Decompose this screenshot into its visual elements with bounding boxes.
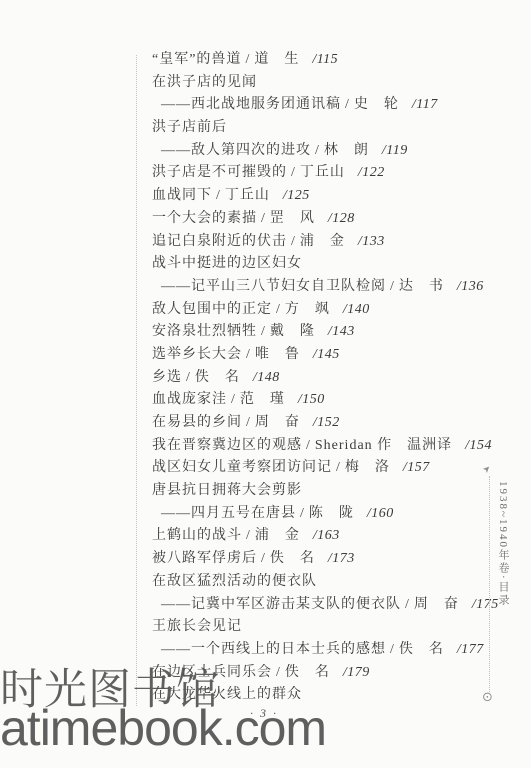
toc-entry: 战区妇女儿童考察团访问记/梅 洛/157 (152, 457, 512, 480)
entry-separator: / (276, 662, 281, 685)
entry-author: 梅 洛 (345, 457, 390, 480)
entry-author: 佚 名 (195, 367, 240, 390)
entry-page: /125 (283, 185, 310, 208)
entry-separator: / (261, 321, 266, 344)
entry-author: 史 轮 (354, 94, 399, 117)
entry-title: 洪子店前后 (152, 117, 227, 140)
entry-page: /143 (328, 321, 355, 344)
toc-entry: 血战同下/丁丘山/125 (152, 185, 512, 208)
toc-entry: 上鹤山的战斗/浦 金/163 (152, 525, 512, 548)
entry-title: 在敌区猛烈活动的便衣队 (152, 571, 317, 594)
entry-author: 丁丘山 (225, 185, 270, 208)
entry-separator: / (245, 49, 250, 72)
entry-author: 范 瑾 (240, 389, 285, 412)
entry-title: ——记冀中军区游击某支队的便衣队 (161, 594, 401, 617)
entry-title: 乡选 (152, 367, 182, 390)
volume-tab-label: 1938~1940年卷·目录 (495, 481, 511, 651)
entry-author: 林 朗 (324, 140, 369, 163)
entry-title: 一个大会的素描 (152, 208, 257, 231)
entry-page: /140 (343, 299, 370, 322)
entry-separator: / (261, 208, 266, 231)
entry-title: ——记平山三八节妇女自卫队检阅 (161, 276, 386, 299)
toc-entry: ——记冀中军区游击某支队的便衣队/周 奋/175 (152, 594, 512, 617)
entry-page: /160 (367, 503, 394, 526)
entry-author: 佚 名 (270, 548, 315, 571)
entry-separator: / (390, 639, 395, 662)
circled-dot-icon: ⊙ (482, 691, 496, 705)
toc-entry: 安洛泉壮烈牺牲/戴 隆/143 (152, 321, 512, 344)
entry-separator: / (291, 162, 296, 185)
entry-title: 洪子店是不可摧毁的 (152, 162, 287, 185)
entry-author: 道 生 (254, 49, 299, 72)
toc-entry: 王旅长会见记 (152, 616, 512, 639)
entry-separator: / (186, 367, 191, 390)
entry-title: 上鹤山的战斗 (152, 525, 242, 548)
left-dotted-rule (136, 55, 137, 706)
entry-author: Sheridan 作 温洲译 (315, 435, 452, 458)
entry-title: ——西北战地服务团通讯稿 (161, 94, 341, 117)
entry-title: 王旅长会见记 (152, 616, 242, 639)
entry-author: 唯 鲁 (255, 344, 300, 367)
toc-entry: 血战庞家洼/范 瑾/150 (152, 389, 512, 412)
entry-separator: / (315, 140, 320, 163)
entry-page: /173 (328, 548, 355, 571)
entry-page: /117 (412, 94, 438, 117)
entry-author: 佚 名 (399, 639, 444, 662)
entry-page: /179 (343, 662, 370, 685)
entry-title: 在洪子店的见闻 (152, 72, 257, 95)
entry-separator: / (231, 389, 236, 412)
entry-title: 追记白泉附近的伏击 (152, 231, 287, 254)
entry-title: 敌人包围中的正定 (152, 299, 272, 322)
entry-page: /122 (358, 162, 385, 185)
toc-entry: 在敌区猛烈活动的便衣队 (152, 571, 512, 594)
entry-separator: / (336, 457, 341, 480)
toc-entry: 乡选/佚 名/148 (152, 367, 512, 390)
entry-page: /136 (457, 276, 484, 299)
entry-page: /119 (382, 140, 408, 163)
entry-author: 周 奋 (414, 594, 459, 617)
entry-page: /152 (313, 412, 340, 435)
toc-entry: 追记白泉附近的伏击/浦 金/133 (152, 231, 512, 254)
toc-entry: 敌人包围中的正定/方 飒/140 (152, 299, 512, 322)
toc-entry: ——敌人第四次的进攻/林 朗/119 (152, 140, 512, 163)
toc-entry: “皇军”的兽道/道 生/115 (152, 49, 512, 72)
entry-page: /128 (328, 208, 355, 231)
entry-page: /177 (457, 639, 484, 662)
entry-separator: / (276, 299, 281, 322)
side-dotted-rule (489, 476, 490, 692)
entry-author: 陈 陇 (309, 503, 354, 526)
entry-author: 罡 风 (270, 208, 315, 231)
entry-separator: / (345, 94, 350, 117)
entry-author: 戴 隆 (270, 321, 315, 344)
entry-author: 周 奋 (255, 412, 300, 435)
entry-title: 血战庞家洼 (152, 389, 227, 412)
watermark-site-url: atimebook.com (0, 699, 326, 757)
toc-entry: 在易县的乡间/周 奋/152 (152, 412, 512, 435)
entry-author: 丁丘山 (300, 162, 345, 185)
toc-entry: 洪子店是不可摧毁的/丁丘山/122 (152, 162, 512, 185)
toc-entry: 被八路军俘虏后/佚 名/173 (152, 548, 512, 571)
entry-title: 血战同下 (152, 185, 212, 208)
entry-title: 战斗中挺进的边区妇女 (152, 253, 302, 276)
entry-title: “皇军”的兽道 (152, 49, 241, 72)
entry-title: 被八路军俘虏后 (152, 548, 257, 571)
toc-entry: 战斗中挺进的边区妇女 (152, 253, 512, 276)
entry-page: /115 (312, 49, 338, 72)
entry-separator: / (246, 412, 251, 435)
entry-separator: / (261, 548, 266, 571)
entry-title: ——四月五号在唐县 (161, 503, 296, 526)
toc-entry: 一个大会的素描/罡 风/128 (152, 208, 512, 231)
entry-page: /163 (313, 525, 340, 548)
book-page: “皇军”的兽道/道 生/115在洪子店的见闻——西北战地服务团通讯稿/史 轮/1… (0, 0, 531, 768)
entry-separator: / (291, 231, 296, 254)
entry-title: ——敌人第四次的进攻 (161, 140, 311, 163)
entry-separator: / (246, 525, 251, 548)
entry-author: 浦 金 (255, 525, 300, 548)
entry-title: 唐县抗日拥蒋大会剪影 (152, 480, 302, 503)
toc-entry: 我在晋察冀边区的观感/Sheridan 作 温洲译/154 (152, 435, 512, 458)
entry-page: /148 (253, 367, 280, 390)
entry-separator: / (216, 185, 221, 208)
entry-page: /157 (403, 457, 430, 480)
entry-title: 战区妇女儿童考察团访问记 (152, 457, 332, 480)
entry-title: 在易县的乡间 (152, 412, 242, 435)
toc-entry: ——西北战地服务团通讯稿/史 轮/117 (152, 94, 512, 117)
entry-author: 达 书 (399, 276, 444, 299)
toc-entry: 洪子店前后 (152, 117, 512, 140)
entry-page: /154 (465, 435, 492, 458)
entry-separator: / (390, 276, 395, 299)
toc-entry: 唐县抗日拥蒋大会剪影 (152, 480, 512, 503)
entry-separator: / (405, 594, 410, 617)
entry-author: 浦 金 (300, 231, 345, 254)
entry-separator: / (306, 435, 311, 458)
entry-title: 选举乡长大会 (152, 344, 242, 367)
entry-separator: / (300, 503, 305, 526)
entry-page: /133 (358, 231, 385, 254)
toc-entry: 在洪子店的见闻 (152, 72, 512, 95)
entry-author: 佚 名 (285, 662, 330, 685)
toc-entry: ——记平山三八节妇女自卫队检阅/达 书/136 (152, 276, 512, 299)
entry-title: 安洛泉壮烈牺牲 (152, 321, 257, 344)
entry-title: 我在晋察冀边区的观感 (152, 435, 302, 458)
entry-author: 方 飒 (285, 299, 330, 322)
entry-page: /145 (313, 344, 340, 367)
toc-entry: 选举乡长大会/唯 鲁/145 (152, 344, 512, 367)
entry-page: /150 (298, 389, 325, 412)
table-of-contents: “皇军”的兽道/道 生/115在洪子店的见闻——西北战地服务团通讯稿/史 轮/1… (152, 49, 512, 707)
toc-entry: ——四月五号在唐县/陈 陇/160 (152, 503, 512, 526)
entry-separator: / (246, 344, 251, 367)
